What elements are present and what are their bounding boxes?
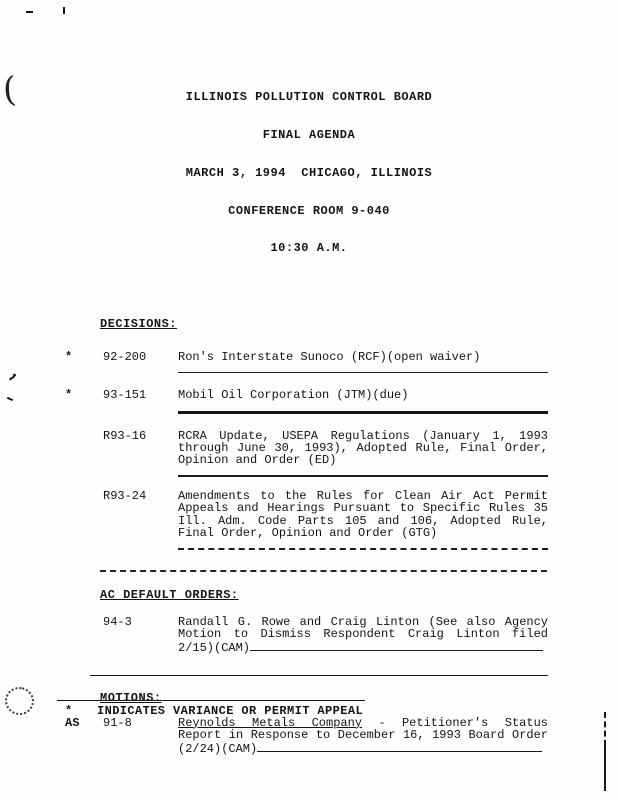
entry-docket: R93-16 (103, 430, 178, 478)
entry-description: Randall G. Rowe and Craig Linton (See al… (178, 616, 548, 655)
scan-artifact-tick (63, 7, 65, 14)
section-divider (100, 570, 547, 572)
entry-description: Amendments to the Rules for Clean Air Ac… (178, 490, 548, 550)
entry-marker: AS (62, 717, 103, 756)
footnote-rule (57, 700, 365, 701)
agenda-entry-93-151: * 93-151 Mobil Oil Corporation (JTM)(due… (62, 389, 545, 413)
agenda-entry-R93-24: R93-24 Amendments to the Rules for Clean… (62, 490, 545, 550)
entry-marker (62, 616, 103, 655)
footnote-marker: * (57, 704, 97, 718)
agenda-entry-94-3: 94-3 Randall G. Rowe and Craig Linton (S… (62, 616, 545, 655)
entry-marker (62, 490, 103, 550)
agenda-entry-91-8: AS 91-8 Reynolds Metals Company - Petiti… (62, 717, 545, 756)
entry-text: Amendments to the Rules for Clean Air Ac… (178, 489, 548, 540)
scan-artifact-dash (26, 11, 33, 13)
entry-underline (178, 548, 548, 550)
entry-description: Reynolds Metals Company - Petitioner's S… (178, 717, 548, 756)
entry-marker: * (62, 389, 103, 413)
entry-description: Mobil Oil Corporation (JTM)(due) (178, 389, 548, 413)
entry-underline (178, 475, 548, 477)
entry-description: RCRA Update, USEPA Regulations (January … (178, 430, 548, 478)
entry-text: Mobil Oil Corporation (JTM)(due) (178, 388, 408, 402)
entry-docket: 91-8 (103, 717, 178, 756)
entry-text: RCRA Update, USEPA Regulations (January … (178, 429, 548, 467)
agenda-entry-R93-16: R93-16 RCRA Update, USEPA Regulations (J… (62, 430, 545, 478)
entry-underline (178, 411, 548, 414)
entry-docket: R93-24 (103, 490, 178, 550)
agenda-content: DECISIONS: * 92-200 Ron's Interstate Sun… (62, 317, 545, 755)
document-header: ILLINOIS POLLUTION CONTROL BOARD FINAL A… (0, 66, 618, 280)
entry-docket: 94-3 (103, 616, 178, 655)
header-title: ILLINOIS POLLUTION CONTROL BOARD (0, 91, 618, 104)
scanned-agenda-page: ( ILLINOIS POLLUTION CONTROL BOARD FINAL… (0, 0, 618, 800)
section-divider (90, 675, 548, 676)
entry-marker: * (62, 351, 103, 373)
scan-artifact-curve: ( (2, 70, 18, 111)
footnote: * INDICATES VARIANCE OR PERMIT APPEAL (57, 700, 367, 718)
entry-underline (178, 372, 548, 373)
section-heading-ac-default-orders: AC DEFAULT ORDERS: (100, 588, 545, 602)
scan-artifact-speck (7, 397, 13, 401)
blank-fill-line (257, 741, 542, 752)
scan-edge-line (604, 712, 606, 746)
entry-docket: 92-200 (103, 351, 178, 373)
blank-fill-line (250, 640, 543, 651)
scan-edge-line (604, 746, 606, 791)
entry-marker (62, 430, 103, 478)
entry-text: Ron's Interstate Sunoco (RCF)(open waive… (178, 350, 480, 364)
header-date-location: MARCH 3, 1994 CHICAGO, ILLINOIS (0, 167, 618, 180)
footnote-text: INDICATES VARIANCE OR PERMIT APPEAL (97, 704, 363, 718)
agenda-entry-92-200: * 92-200 Ron's Interstate Sunoco (RCF)(o… (62, 351, 545, 373)
header-subtitle: FINAL AGENDA (0, 129, 618, 142)
section-heading-decisions: DECISIONS: (100, 317, 545, 331)
footnote-row: * INDICATES VARIANCE OR PERMIT APPEAL (57, 704, 367, 718)
header-room: CONFERENCE ROOM 9-040 (0, 205, 618, 218)
embossed-seal-mark (2, 684, 36, 717)
entry-docket: 93-151 (103, 389, 178, 413)
entry-description: Ron's Interstate Sunoco (RCF)(open waive… (178, 351, 548, 373)
header-time: 10:30 A.M. (0, 242, 618, 255)
